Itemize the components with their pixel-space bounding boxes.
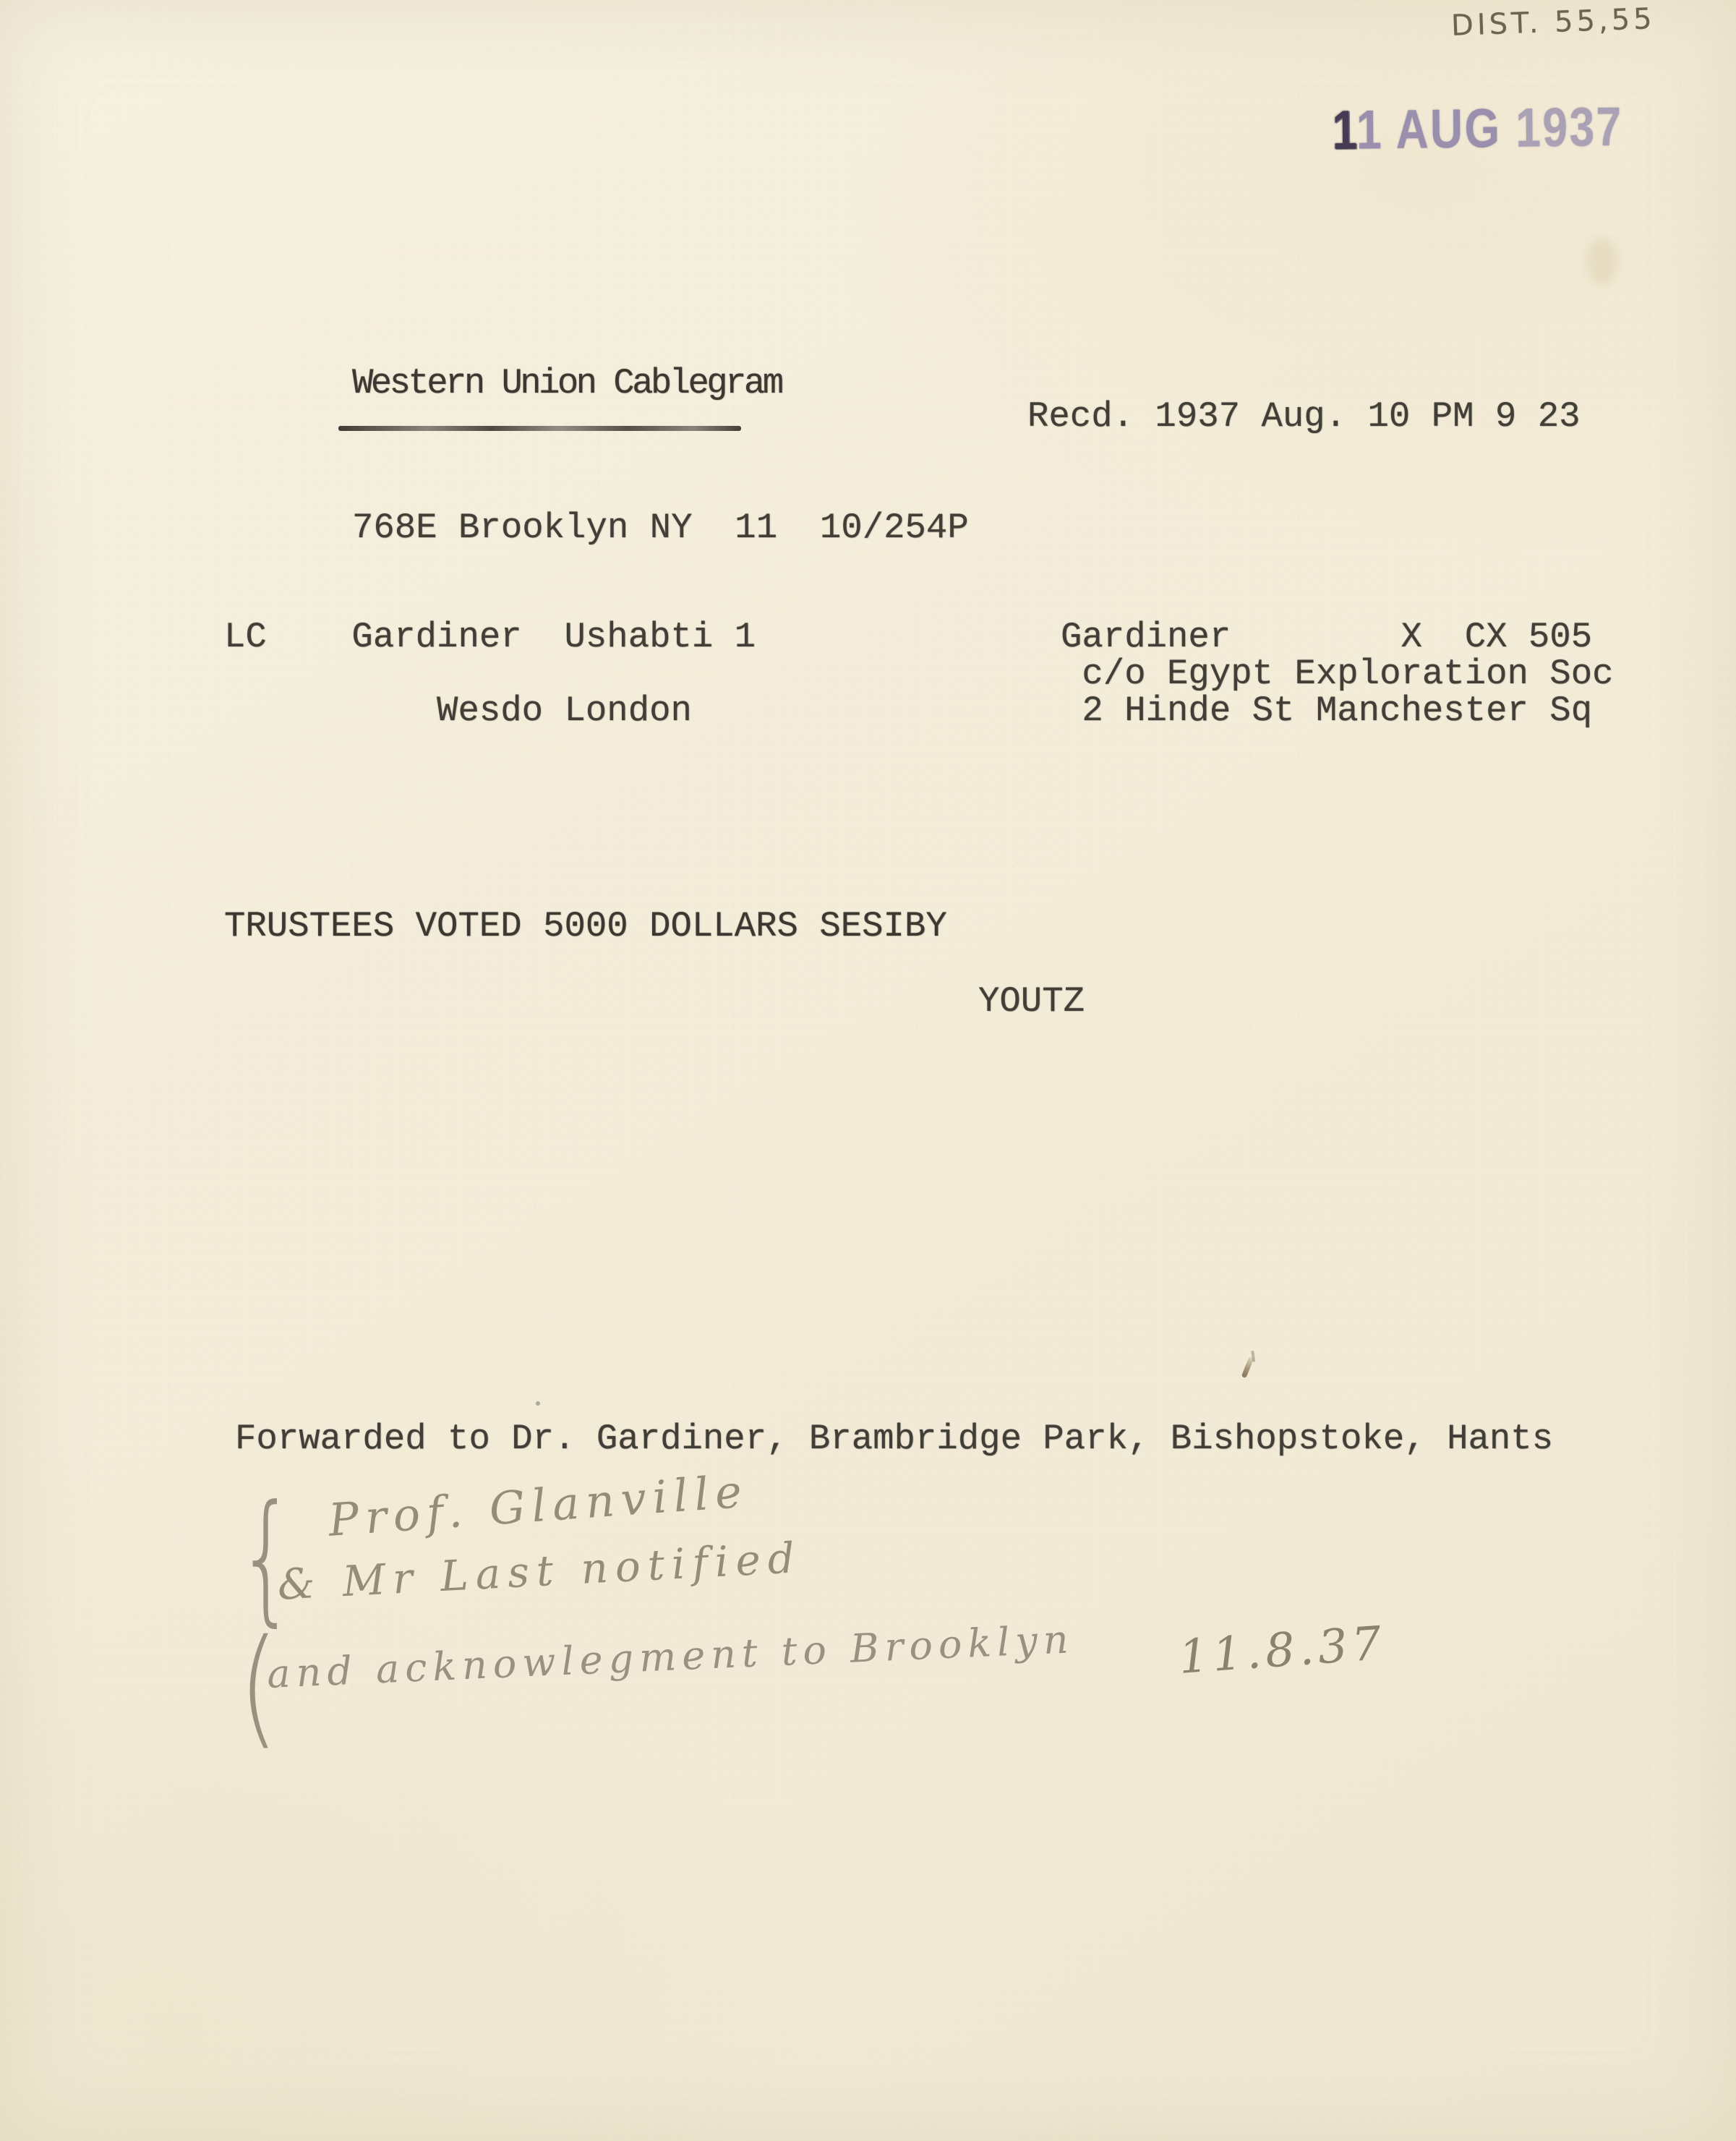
document-title: Western Union Cablegram	[352, 365, 782, 402]
stamp-year: 1937	[1515, 96, 1623, 159]
origin-line: 768E Brooklyn NY 11 10/254P	[352, 510, 969, 547]
signature: YOUTZ	[978, 983, 1085, 1020]
received-timestamp: Recd. 1937 Aug. 10 PM 9 23	[1027, 398, 1581, 435]
message-body: TRUSTEES VOTED 5000 DOLLARS SESIBY	[224, 908, 947, 945]
forwarding-note: Forwarded to Dr. Gardiner, Brambridge Pa…	[235, 1421, 1553, 1458]
date-received-stamp: 11 AUG 1937	[1332, 98, 1623, 161]
stamp-overinked-digit: 1	[1332, 100, 1356, 161]
handwritten-line-3: and acknowlegment to Brooklyn	[266, 1616, 1075, 1697]
title-underline	[338, 426, 741, 431]
recipient-address-block: Gardiner X CX 505 c/o Egypt Exploration …	[1061, 619, 1614, 730]
cablegram-document: DIST. 55,55 11 AUG 1937 Western Union Ca…	[0, 0, 1736, 2141]
distribution-note: DIST. 55,55	[1450, 2, 1656, 43]
handwritten-line-1: Prof. Glanville	[327, 1464, 750, 1546]
stamp-day-month: 1 AUG	[1356, 98, 1516, 161]
handwritten-date: 11.8.37	[1177, 1617, 1387, 1685]
paper-fiber-mark	[1241, 1356, 1254, 1378]
paper-smudge	[1587, 239, 1617, 285]
paper-speck	[536, 1401, 540, 1406]
routing-block: LC Gardiner Ushabti 1 Wesdo London	[224, 619, 756, 730]
